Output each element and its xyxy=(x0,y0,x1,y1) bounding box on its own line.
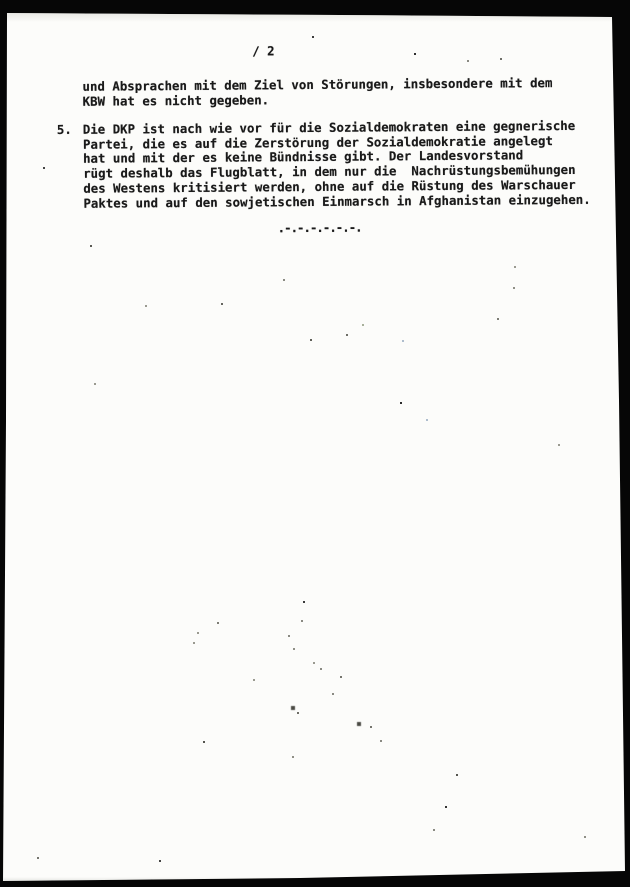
document-page: / 2 und Absprachen mit dem Ziel von Stör… xyxy=(0,0,630,887)
page-number: / 2 xyxy=(252,44,275,59)
list-item-5-marker: 5. xyxy=(57,123,72,138)
scan-noise-specks xyxy=(0,0,2,2)
scanned-document-viewport: / 2 und Absprachen mit dem Ziel von Stör… xyxy=(0,0,630,887)
page-content: / 2 und Absprachen mit dem Ziel von Stör… xyxy=(0,0,630,887)
list-item-5-text: Die DKP ist nach wie vor für die Soziald… xyxy=(83,119,591,211)
end-of-text-separator: .-.-.-.-.-.-. xyxy=(278,221,362,236)
paragraph-continuation: und Absprachen mit dem Ziel von Störunge… xyxy=(82,76,552,109)
